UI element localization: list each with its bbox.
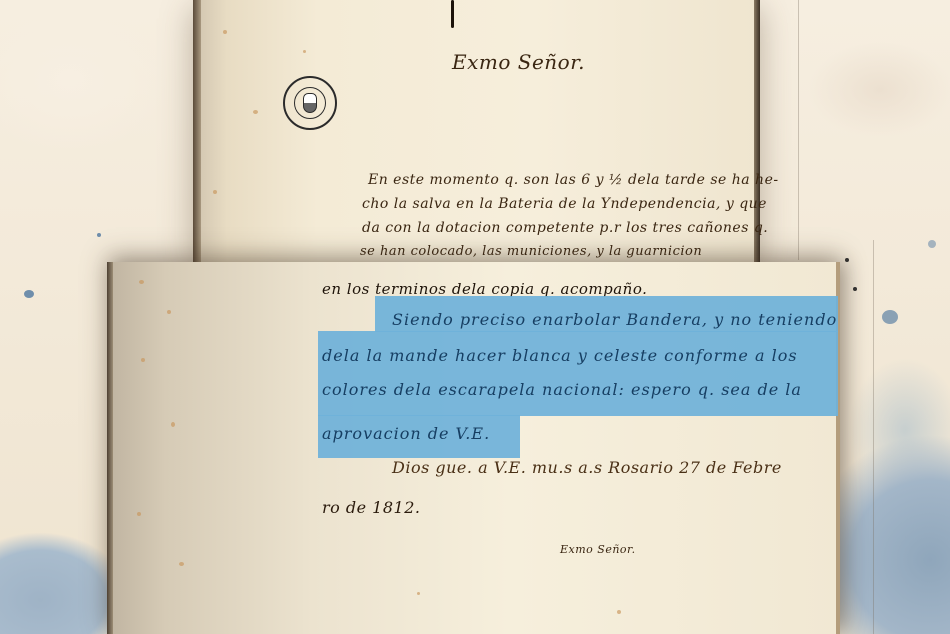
foxing-spot	[137, 512, 141, 516]
letter-heading: Exmo Señor.	[452, 50, 585, 74]
highlighted-line: dela la mande hacer blanca y celeste con…	[322, 346, 798, 365]
ink-flourish	[451, 0, 454, 28]
highlight-region	[318, 331, 838, 416]
foxing-spot	[213, 190, 217, 194]
ink-splatter	[845, 258, 849, 262]
ink-splatter	[928, 240, 936, 248]
foxing-spot	[253, 110, 258, 114]
letter-closing: Exmo Señor.	[560, 543, 636, 556]
ink-splatter	[882, 310, 898, 324]
manuscript-line: Dios gue. a V.E. mu.s a.s Rosario 27 de …	[392, 458, 782, 477]
highlighted-line: aprovacion de V.E.	[322, 424, 490, 443]
background-rule-line	[873, 240, 874, 634]
manuscript-line: se han colocado, las municiones, y la gu…	[360, 244, 702, 259]
ink-splatter	[24, 290, 34, 298]
foxing-spot	[171, 422, 175, 427]
page-binding-edge	[193, 0, 201, 262]
foxing-spot	[167, 310, 171, 314]
highlighted-line: Siendo preciso enarbolar Bandera, y no t…	[392, 310, 837, 329]
foxing-spot	[179, 562, 184, 566]
seal-inner-ring	[294, 87, 326, 119]
manuscript-line: da con la dotacion competente p.r los tr…	[362, 220, 768, 236]
foxing-spot	[141, 358, 145, 362]
ink-splatter	[97, 233, 101, 237]
coat-of-arms-icon	[303, 93, 317, 113]
ink-splatter	[853, 287, 857, 291]
foxing-spot	[617, 610, 621, 614]
manuscript-line: ro de 1812.	[322, 498, 420, 517]
background-rule-line	[798, 0, 799, 260]
foxing-spot	[417, 592, 420, 595]
foxing-spot	[303, 50, 306, 53]
highlighted-line: colores dela escarapela nacional: espero…	[322, 380, 802, 399]
manuscript-line: En este momento q. son las 6 y ½ dela ta…	[368, 172, 779, 188]
page-binding-edge	[107, 262, 113, 634]
archive-seal-stamp	[283, 76, 337, 130]
foxing-spot	[223, 30, 227, 34]
foxing-spot	[139, 280, 144, 284]
manuscript-line: cho la salva en la Bateria de la Yndepen…	[362, 196, 767, 212]
